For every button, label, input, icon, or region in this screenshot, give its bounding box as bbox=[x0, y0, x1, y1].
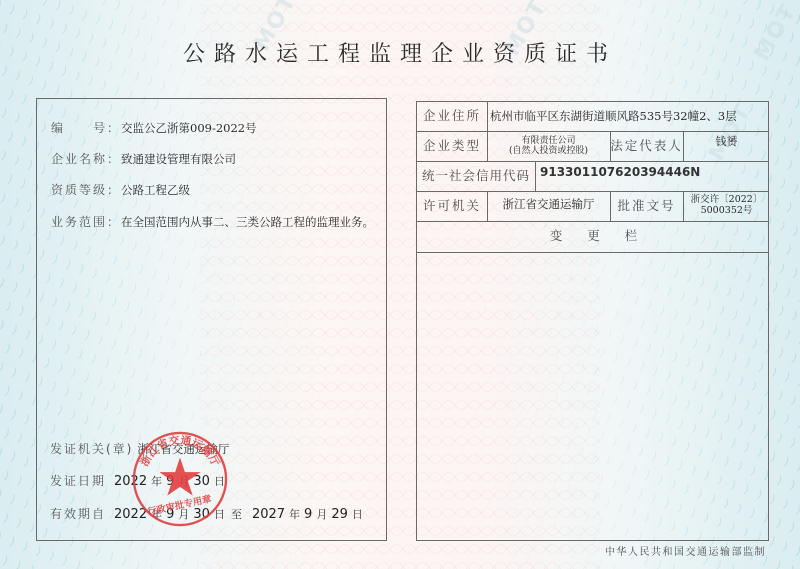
issue-year: 2022 bbox=[114, 474, 147, 489]
validity-label: 有效期自 bbox=[50, 505, 106, 522]
certificate-info-table: 企业住所 杭州市临平区东湖街道顺风路535号32幢2、3层 企业类型 有限责任公… bbox=[416, 101, 769, 541]
licensing-authority-value: 浙江省交通运输厅 bbox=[487, 191, 610, 221]
field-label: 资质等级： bbox=[51, 181, 121, 198]
issuer-row: 发证机关(章) 浙江省交通运输厅 bbox=[50, 440, 229, 457]
year-unit: 年 bbox=[151, 506, 162, 522]
valid-from-year: 2022 bbox=[114, 507, 147, 522]
field-value: 在全国范围内从事二、三类公路工程的监理业务。 bbox=[121, 214, 374, 230]
field-qualification-grade: 资质等级： 公路工程乙级 bbox=[51, 181, 190, 198]
approval-no-value: 浙交许〔2022〕 5000352号 bbox=[683, 191, 770, 221]
enterprise-type-line2: (自然人投资或控股) bbox=[509, 146, 588, 156]
month-unit: 月 bbox=[316, 506, 327, 522]
issue-month: 9 bbox=[166, 474, 174, 489]
year-unit: 年 bbox=[151, 473, 162, 489]
field-enterprise-name: 企业名称： 致通建设管理有限公司 bbox=[51, 150, 236, 167]
field-label: 业务范围： bbox=[51, 213, 121, 230]
issuer-value: 浙江省交通运输厅 bbox=[137, 441, 229, 457]
field-label: 编 号： bbox=[51, 119, 121, 136]
day-unit: 日 bbox=[214, 506, 225, 522]
legal-rep-value: 钱赟 bbox=[683, 131, 770, 161]
enterprise-type-label: 企业类型 bbox=[417, 131, 487, 161]
valid-to-day: 29 bbox=[331, 507, 348, 522]
valid-to-month: 9 bbox=[304, 507, 312, 522]
certificate-left-panel: 编 号： 交监公乙浙第009-2022号 企业名称： 致通建设管理有限公司 资质… bbox=[36, 98, 387, 541]
address-label: 企业住所 bbox=[417, 102, 487, 131]
valid-from-month: 9 bbox=[166, 507, 174, 522]
year-unit: 年 bbox=[289, 506, 300, 522]
approval-no-line2: 5000352号 bbox=[701, 206, 753, 217]
enterprise-type-value: 有限责任公司 (自然人投资或控股) bbox=[487, 131, 610, 161]
day-unit: 日 bbox=[352, 506, 363, 522]
field-label: 企业名称： bbox=[51, 150, 121, 167]
field-certificate-number: 编 号： 交监公乙浙第009-2022号 bbox=[51, 119, 257, 136]
credit-code-value: 913301107620394446N bbox=[535, 161, 770, 191]
field-value: 致通建设管理有限公司 bbox=[121, 151, 236, 167]
month-unit: 月 bbox=[178, 473, 189, 489]
validity-row: 有效期自 2022 年 9 月 30 日 至 2027 年 9 月 29 日 bbox=[50, 505, 363, 522]
licensing-authority-label: 许可机关 bbox=[417, 191, 487, 221]
credit-code-label: 统一社会信用代码 bbox=[417, 161, 535, 191]
issue-date-label: 发证日期 bbox=[50, 472, 106, 489]
valid-from-day: 30 bbox=[193, 507, 210, 522]
day-unit: 日 bbox=[214, 473, 225, 489]
certificate-title: 公路水运工程监理企业资质证书 bbox=[0, 37, 800, 68]
month-unit: 月 bbox=[178, 506, 189, 522]
field-value: 交监公乙浙第009-2022号 bbox=[121, 120, 257, 136]
field-value: 公路工程乙级 bbox=[121, 182, 190, 198]
issuer-label: 发证机关(章) bbox=[50, 440, 133, 457]
change-section-header: 变 更 栏 bbox=[417, 221, 770, 252]
approval-no-label: 批准文号 bbox=[610, 191, 683, 221]
enterprise-type-line1: 有限责任公司 bbox=[521, 136, 575, 146]
legal-rep-label: 法定代表人 bbox=[610, 131, 683, 161]
valid-to-year: 2027 bbox=[252, 507, 285, 522]
issue-date-row: 发证日期 2022 年 9 月 30 日 bbox=[50, 472, 225, 489]
issuer-footer: 中华人民共和国交通运输部监制 bbox=[605, 543, 766, 558]
validity-to-word: 至 bbox=[231, 506, 242, 522]
field-business-scope: 业务范围： 在全国范围内从事二、三类公路工程的监理业务。 bbox=[51, 213, 374, 230]
address-value: 杭州市临平区东湖街道顺风路535号32幢2、3层 bbox=[487, 102, 770, 131]
issue-day: 30 bbox=[193, 474, 210, 489]
